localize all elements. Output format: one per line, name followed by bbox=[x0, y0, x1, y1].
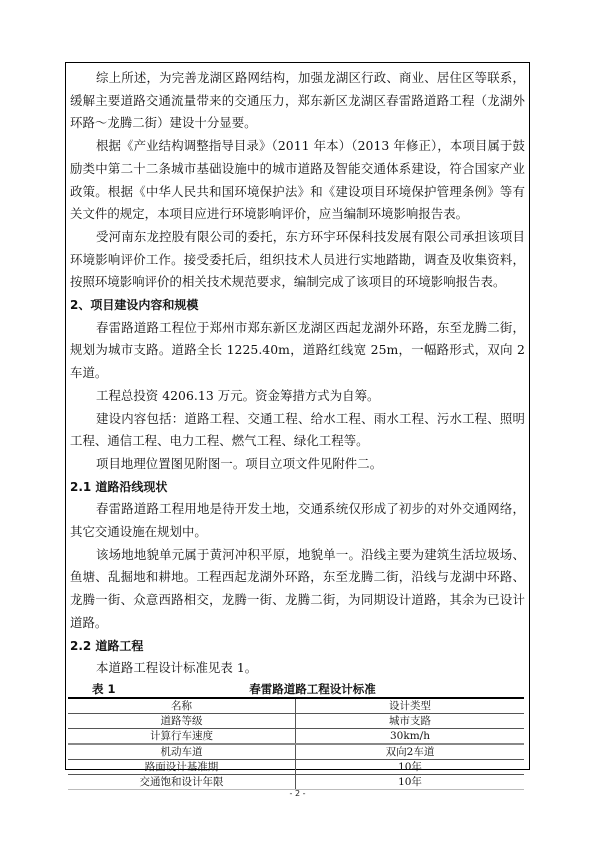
table-cell-value: 10年 bbox=[296, 774, 525, 789]
table-cell-name: 道路等级 bbox=[68, 713, 296, 728]
paragraph-table-ref: 本道路工程设计标准见表 1。 bbox=[70, 657, 525, 680]
section-heading-2-1: 2.1 道路沿线现状 bbox=[70, 476, 525, 499]
table-cell-value: 30km/h bbox=[296, 728, 525, 744]
document-body: 综上所述，为完善龙湖区路网结构，加强龙湖区行政、商业、居住区等联系，缓解主要道路… bbox=[70, 67, 525, 790]
table-row: 机动车道 双向2车道 bbox=[68, 744, 524, 760]
table-cell-value: 城市支路 bbox=[296, 713, 525, 728]
paragraph-attachments: 项目地理位置图见附图一。项目立项文件见附件二。 bbox=[70, 453, 525, 476]
paragraph-land-status: 春雷路道路工程用地是待开发土地，交通系统仅形成了初步的对外交通网络，其它交通设施… bbox=[70, 498, 525, 543]
paragraph-scope: 建设内容包括：道路工程、交通工程、给水工程、雨水工程、污水工程、照明工程、通信工… bbox=[70, 408, 525, 453]
paragraph-commission: 受河南东龙控股有限公司的委托，东方环宇环保科技发展有限公司承担该项目环境影响评价… bbox=[70, 226, 525, 294]
table-cell-value: 双向2车道 bbox=[296, 744, 525, 760]
content-frame: 综上所述，为完善龙湖区路网结构，加强龙湖区行政、商业、居住区等联系，缓解主要道路… bbox=[65, 62, 530, 770]
section-heading-2-2: 2.2 道路工程 bbox=[70, 635, 525, 658]
table-row: 计算行车速度 30km/h bbox=[68, 728, 524, 744]
paragraph-terrain: 该场地地貌单元属于黄河冲积平原，地貌单一。沿线主要为建筑生活垃圾场、鱼塘、乱掘地… bbox=[70, 544, 525, 635]
paragraph-summary: 综上所述，为完善龙湖区路网结构，加强龙湖区行政、商业、居住区等联系，缓解主要道路… bbox=[70, 67, 525, 135]
paragraph-investment: 工程总投资 4206.13 万元。资金筹措方式为自筹。 bbox=[70, 385, 525, 408]
table-cell-value: 10年 bbox=[296, 759, 525, 774]
table-cell-name: 计算行车速度 bbox=[68, 728, 296, 744]
table-header-name: 名称 bbox=[68, 698, 296, 714]
table-caption: 表 1 春雷路道路工程设计标准 bbox=[70, 681, 525, 697]
table-cell-name: 路面设计基准期 bbox=[68, 759, 296, 774]
table-cell-name: 交通饱和设计年限 bbox=[68, 774, 296, 789]
paragraph-location: 春雷路道路工程位于郑州市郑东新区龙湖区西起龙湖外环路，东至龙腾二街，规划为城市支… bbox=[70, 317, 525, 385]
page-number: - 2 - bbox=[0, 789, 595, 798]
table-row: 路面设计基准期 10年 bbox=[68, 759, 524, 774]
design-standard-table: 名称 设计类型 道路等级 城市支路 计算行车速度 30km/h 机动车道 双向2… bbox=[68, 697, 524, 790]
table-title: 春雷路道路工程设计标准 bbox=[70, 681, 525, 697]
table-row: 交通饱和设计年限 10年 bbox=[68, 774, 524, 789]
table-header-row: 名称 设计类型 bbox=[68, 698, 524, 714]
section-heading-2: 2、项目建设内容和规模 bbox=[70, 294, 525, 317]
table-header-type: 设计类型 bbox=[296, 698, 525, 714]
paragraph-policy: 根据《产业结构调整指导目录》（2011 年本）（2013 年修正），本项目属于鼓… bbox=[70, 135, 525, 226]
table-cell-name: 机动车道 bbox=[68, 744, 296, 760]
table-row: 道路等级 城市支路 bbox=[68, 713, 524, 728]
